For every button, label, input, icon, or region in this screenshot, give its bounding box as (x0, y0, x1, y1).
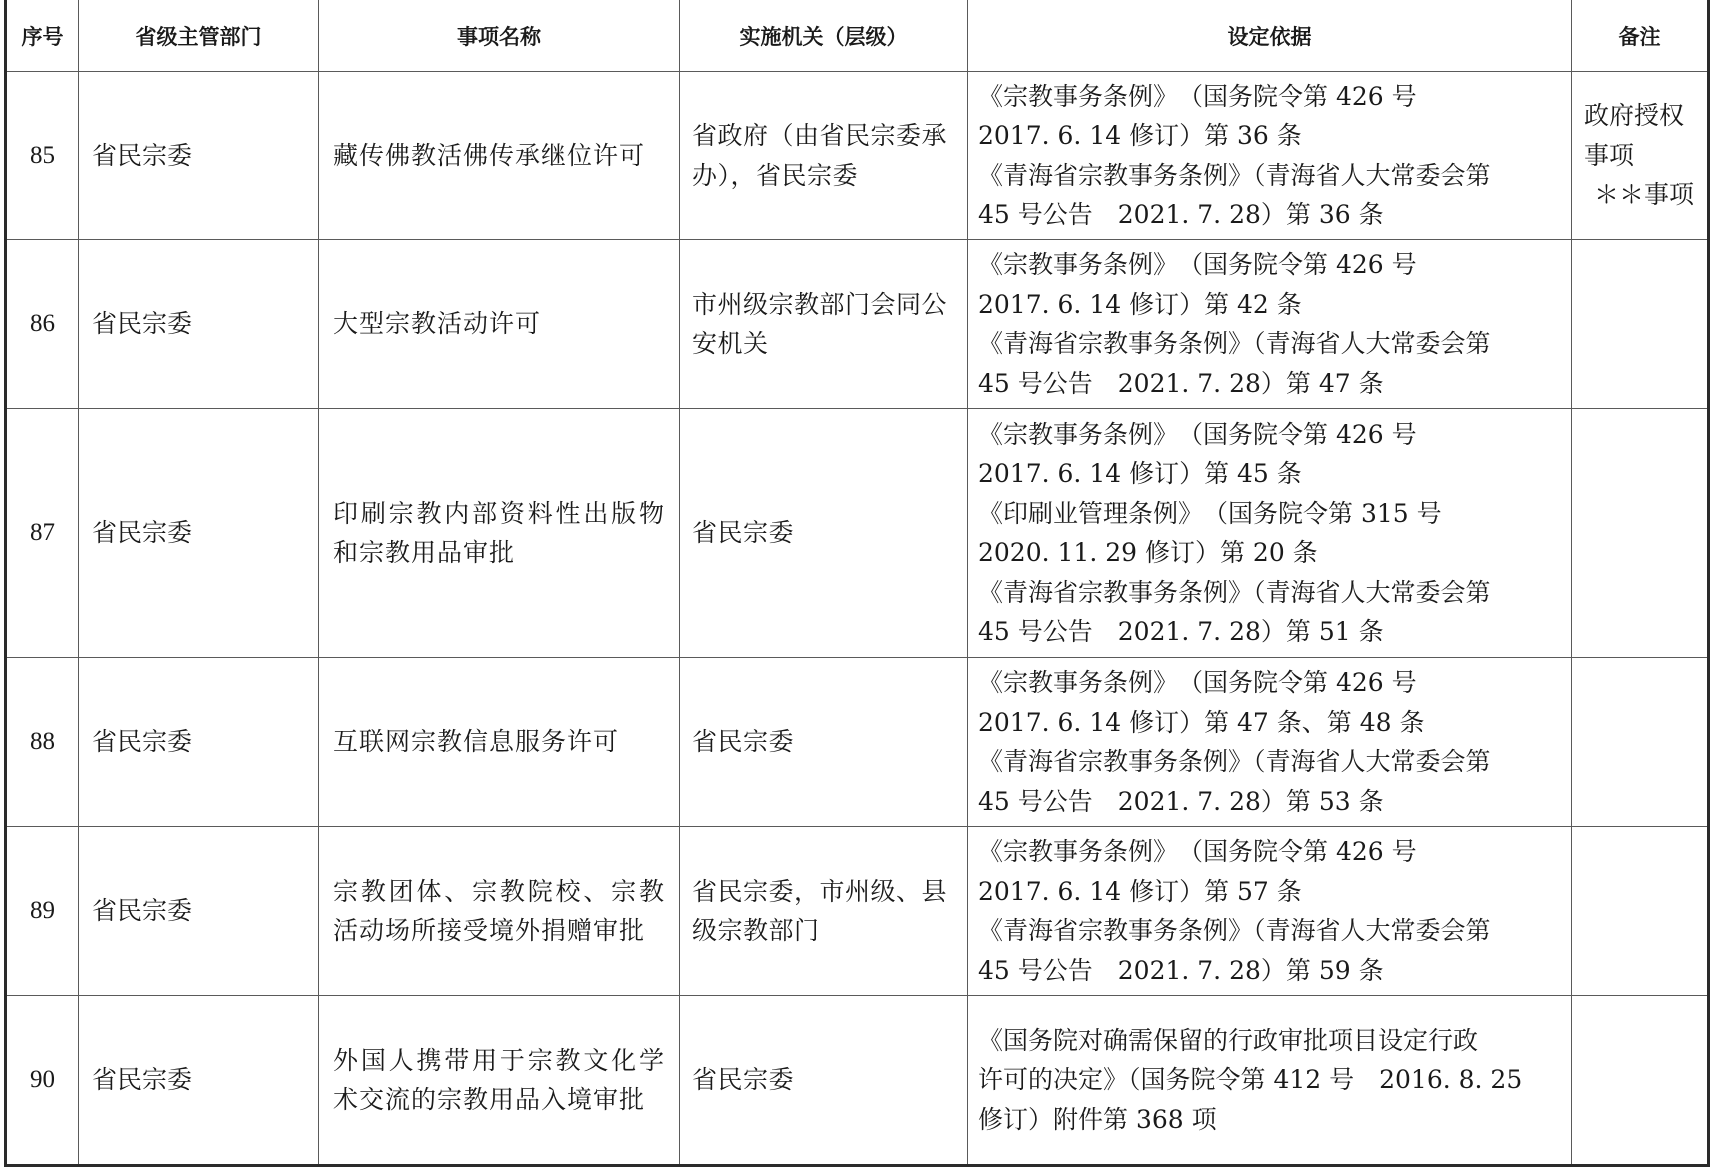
basis-line: 《青海省宗教事务条例》（青海省人大常委会第 (978, 573, 1561, 613)
cell-basis: 《宗教事务条例》 （国务院令第 426 号 2017. 6. 14 修订）第 4… (968, 409, 1572, 658)
table-row: 86 省民宗委 大型宗教活动许可 市州级宗教部门会同公安机关 《宗教事务条例》 … (6, 240, 1709, 409)
cell-no: 90 (6, 996, 79, 1166)
basis-line: 《青海省宗教事务条例》（青海省人大常委会第 (978, 324, 1561, 364)
cell-org: 省民宗委 (680, 996, 968, 1166)
note-line: 事项 (1584, 136, 1699, 176)
table-row: 88 省民宗委 互联网宗教信息服务许可 省民宗委 《宗教事务条例》 （国务院令第… (6, 658, 1709, 827)
basis-line: 45 号公告 2021. 7. 28）第 53 条 (978, 782, 1561, 822)
basis-line: 《宗教事务条例》 （国务院令第 426 号 (978, 245, 1561, 285)
note-line: ＊＊事项 (1584, 175, 1699, 215)
cell-item: 大型宗教活动许可 (319, 240, 680, 409)
header-org: 实施机关（层级） (680, 0, 968, 72)
cell-dept: 省民宗委 (79, 658, 319, 827)
cell-note (1572, 240, 1709, 409)
cell-note (1572, 996, 1709, 1166)
cell-dept: 省民宗委 (79, 72, 319, 240)
basis-line: 《宗教事务条例》 （国务院令第 426 号 (978, 832, 1561, 872)
basis-line: 《宗教事务条例》 （国务院令第 426 号 (978, 663, 1561, 703)
administrative-permit-table: 序号 省级主管部门 事项名称 实施机关（层级） 设定依据 备注 85 省民宗委 … (4, 0, 1710, 1167)
basis-line: 《青海省宗教事务条例》（青海省人大常委会第 (978, 742, 1561, 782)
cell-no: 85 (6, 72, 79, 240)
cell-basis: 《宗教事务条例》 （国务院令第 426 号 2017. 6. 14 修订）第 5… (968, 827, 1572, 996)
cell-org: 省民宗委 (680, 409, 968, 658)
cell-item: 宗教团体、宗教院校、宗教活动场所接受境外捐赠审批 (319, 827, 680, 996)
cell-dept: 省民宗委 (79, 996, 319, 1166)
table-row: 90 省民宗委 外国人携带用于宗教文化学术交流的宗教用品入境审批 省民宗委 《国… (6, 996, 1709, 1166)
table-row: 85 省民宗委 藏传佛教活佛传承继位许可 省政府（由省民宗委承办），省民宗委 《… (6, 72, 1709, 240)
header-basis: 设定依据 (968, 0, 1572, 72)
cell-basis: 《国务院对确需保留的行政审批项目设定行政 许可的决定》（国务院令第 412 号 … (968, 996, 1572, 1166)
table-header-row: 序号 省级主管部门 事项名称 实施机关（层级） 设定依据 备注 (6, 0, 1709, 72)
header-dept: 省级主管部门 (79, 0, 319, 72)
basis-line: 2017. 6. 14 修订）第 45 条 (978, 454, 1561, 494)
cell-org: 市州级宗教部门会同公安机关 (680, 240, 968, 409)
table-row: 89 省民宗委 宗教团体、宗教院校、宗教活动场所接受境外捐赠审批 省民宗委，市州… (6, 827, 1709, 996)
document-page: 序号 省级主管部门 事项名称 实施机关（层级） 设定依据 备注 85 省民宗委 … (0, 0, 1711, 1175)
cell-note (1572, 658, 1709, 827)
header-note: 备注 (1572, 0, 1709, 72)
cell-note (1572, 409, 1709, 658)
cell-org: 省民宗委 (680, 658, 968, 827)
basis-line: 《印刷业管理条例》 （国务院令第 315 号 (978, 494, 1561, 534)
basis-line: 许可的决定》（国务院令第 412 号 2016. 8. 25 (978, 1060, 1561, 1100)
basis-line: 《青海省宗教事务条例》（青海省人大常委会第 (978, 156, 1561, 196)
basis-line: 2017. 6. 14 修订）第 42 条 (978, 285, 1561, 325)
basis-line: 修订）附件第 368 项 (978, 1100, 1561, 1140)
cell-no: 86 (6, 240, 79, 409)
basis-line: 《青海省宗教事务条例》（青海省人大常委会第 (978, 911, 1561, 951)
cell-basis: 《宗教事务条例》 （国务院令第 426 号 2017. 6. 14 修订）第 4… (968, 658, 1572, 827)
basis-line: 《国务院对确需保留的行政审批项目设定行政 (978, 1021, 1561, 1061)
cell-org: 省民宗委，市州级、县级宗教部门 (680, 827, 968, 996)
cell-basis: 《宗教事务条例》 （国务院令第 426 号 2017. 6. 14 修订）第 4… (968, 240, 1572, 409)
cell-no: 89 (6, 827, 79, 996)
table-row: 87 省民宗委 印刷宗教内部资料性出版物和宗教用品审批 省民宗委 《宗教事务条例… (6, 409, 1709, 658)
note-line: 政府授权 (1584, 96, 1699, 136)
cell-item: 藏传佛教活佛传承继位许可 (319, 72, 680, 240)
cell-no: 88 (6, 658, 79, 827)
cell-item: 印刷宗教内部资料性出版物和宗教用品审批 (319, 409, 680, 658)
basis-line: 2017. 6. 14 修订）第 36 条 (978, 116, 1561, 156)
basis-line: 45 号公告 2021. 7. 28）第 59 条 (978, 951, 1561, 991)
basis-line: 2017. 6. 14 修订）第 57 条 (978, 872, 1561, 912)
cell-no: 87 (6, 409, 79, 658)
cell-note: 政府授权 事项 ＊＊事项 (1572, 72, 1709, 240)
header-item: 事项名称 (319, 0, 680, 72)
basis-line: 《宗教事务条例》 （国务院令第 426 号 (978, 77, 1561, 117)
basis-line: 2017. 6. 14 修订）第 47 条、第 48 条 (978, 703, 1561, 743)
basis-line: 2020. 11. 29 修订）第 20 条 (978, 533, 1561, 573)
header-no: 序号 (6, 0, 79, 72)
cell-item: 外国人携带用于宗教文化学术交流的宗教用品入境审批 (319, 996, 680, 1166)
basis-line: 45 号公告 2021. 7. 28）第 47 条 (978, 364, 1561, 404)
cell-dept: 省民宗委 (79, 827, 319, 996)
cell-basis: 《宗教事务条例》 （国务院令第 426 号 2017. 6. 14 修订）第 3… (968, 72, 1572, 240)
basis-line: 45 号公告 2021. 7. 28）第 36 条 (978, 195, 1561, 235)
cell-org: 省政府（由省民宗委承办），省民宗委 (680, 72, 968, 240)
cell-note (1572, 827, 1709, 996)
basis-line: 《宗教事务条例》 （国务院令第 426 号 (978, 415, 1561, 455)
basis-line: 45 号公告 2021. 7. 28）第 51 条 (978, 612, 1561, 652)
cell-dept: 省民宗委 (79, 409, 319, 658)
cell-item: 互联网宗教信息服务许可 (319, 658, 680, 827)
cell-dept: 省民宗委 (79, 240, 319, 409)
